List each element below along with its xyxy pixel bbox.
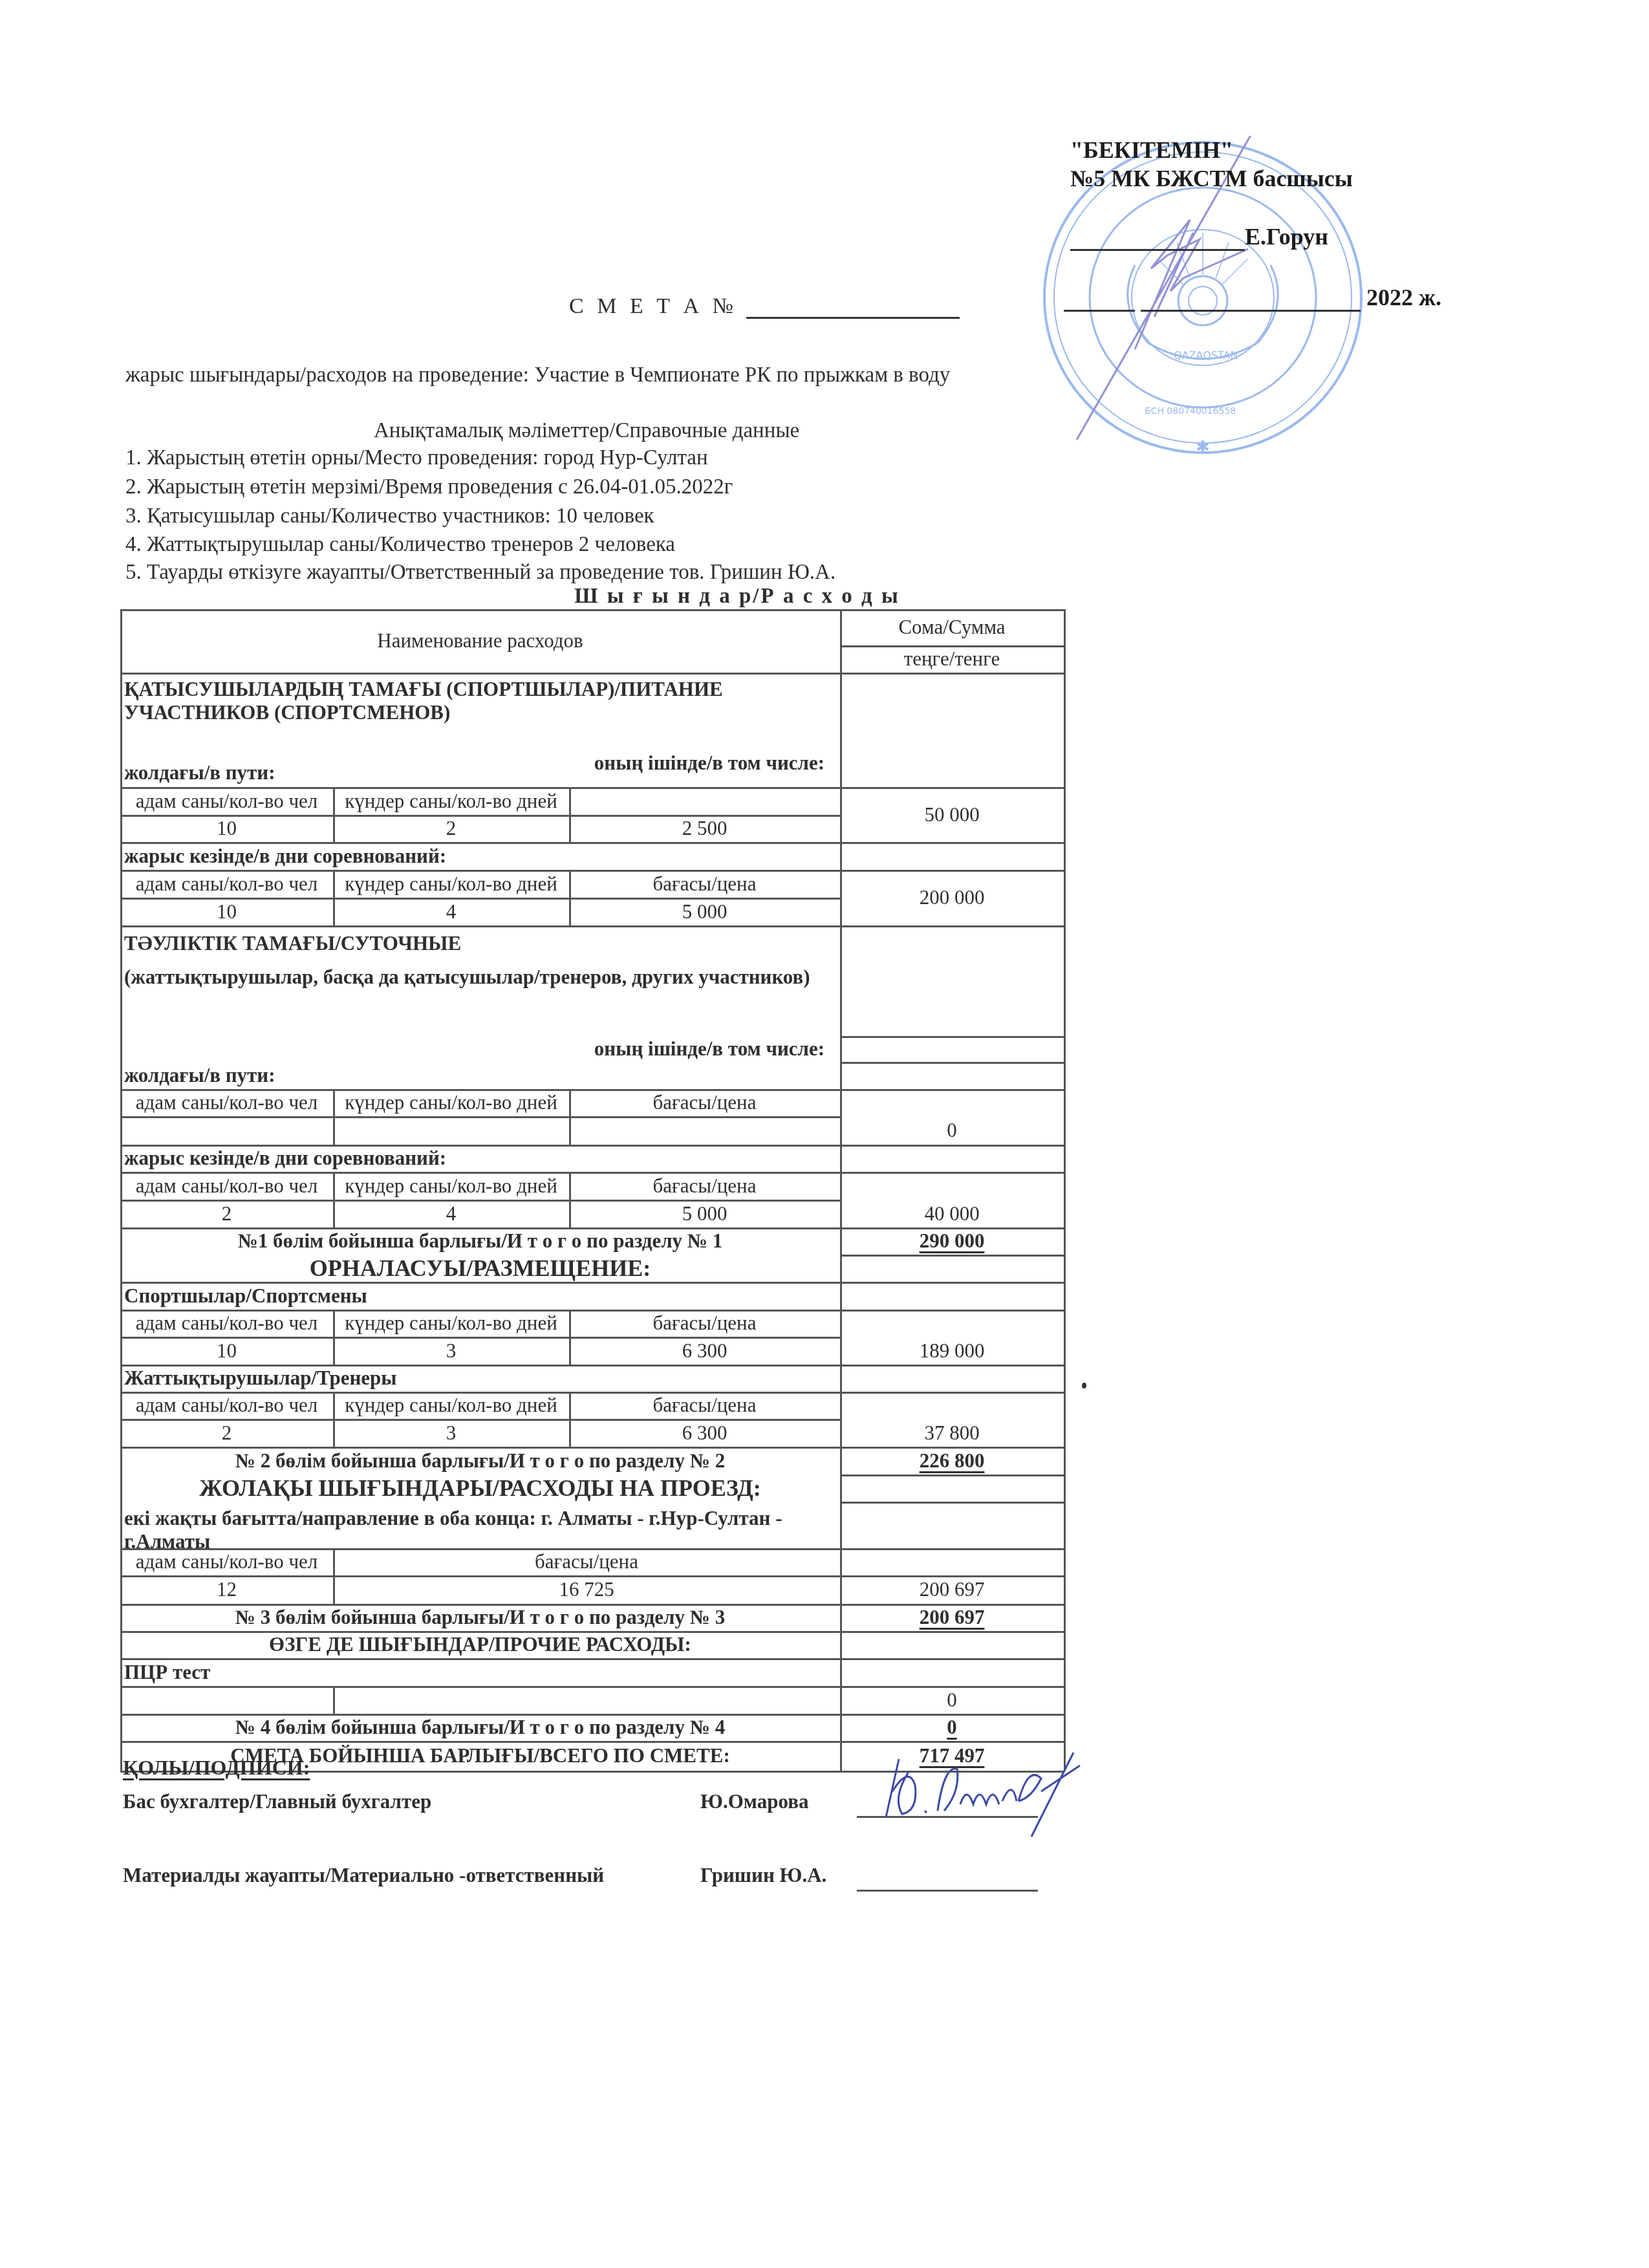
svg-text:✱: ✱ (1196, 438, 1210, 457)
section-total: 226 800 (840, 1447, 1064, 1474)
column-label-price: бағасы/цена (569, 1089, 840, 1116)
approval-block: "БЕКІТЕМІН" №5 МК БЖСТМ басшысы Е.Горун … (1070, 136, 1441, 312)
section-total: 290 000 (840, 1227, 1064, 1255)
expenses-table: Наименование расходовСома/Сумматеңге/тен… (120, 609, 1064, 1771)
table-rule (840, 1062, 1064, 1064)
value-price (569, 1116, 840, 1145)
section-total-label: № 4 бөлім бойынша барлығы/И т о г о по р… (120, 1714, 840, 1741)
signature-role: Материалды жауапты/Материально -ответств… (123, 1864, 604, 1887)
value-price: 6 300 (569, 1419, 840, 1447)
value-price: 2 500 (569, 815, 840, 842)
stamp-center-text: QAZAQSTAN (1174, 349, 1238, 362)
approval-position: №5 МК БЖСТМ басшысы (1070, 164, 1441, 193)
approval-name: Е.Горун (1245, 224, 1328, 250)
value-people: 10 (120, 898, 333, 925)
reference-item: 3. Қатысушылар саны/Количество участнико… (125, 504, 654, 528)
section-title: ЖОЛАҚЫ ШЫҒЫНДАРЫ/РАСХОДЫ НА ПРОЕЗД: (120, 1474, 840, 1502)
reference-item: 1. Жарыстың өтетін орны/Место проведения… (125, 446, 708, 470)
section-total-label: № 2 бөлім бойынша барлығы/И т о г о по р… (120, 1447, 840, 1474)
subsection-label: Жаттықтырушылар/Тренеры (120, 1365, 844, 1392)
value-people: 10 (120, 815, 333, 842)
reference-item: 4. Жаттықтырушылар саны/Количество трене… (125, 533, 675, 557)
value-people: 12 (120, 1575, 333, 1604)
value-price: 5 000 (569, 1200, 840, 1227)
stamp-bin-text: БСН 080740016558 (1145, 406, 1236, 416)
row-sum: 200 697 (840, 1575, 1064, 1604)
row-sum: 0 (840, 1686, 1064, 1714)
table-rule (840, 1036, 1064, 1038)
table-rule (120, 925, 1064, 927)
subsection-label: жолдағы/в пути: (120, 760, 844, 786)
row-sum: 189 000 (840, 1337, 1064, 1365)
row-sum: 200 000 (840, 870, 1064, 925)
value-price: 6 300 (569, 1337, 840, 1365)
column-label-days: күндер саны/кол-во дней (333, 1172, 569, 1200)
row-sum: 40 000 (840, 1200, 1064, 1227)
column-label-people: адам саны/кол-во чел (120, 870, 333, 898)
ink-dot (1082, 1383, 1086, 1388)
column-label-people: адам саны/кол-во чел (120, 1548, 333, 1575)
document-number-line (746, 317, 960, 319)
reference-heading: Анықтамалық мәліметтер/Справочные данные (374, 419, 799, 443)
row-sum: 50 000 (840, 787, 1064, 842)
signature-role: Бас бухгалтер/Главный бухгалтер (123, 1790, 431, 1813)
value-people: 10 (120, 1337, 333, 1365)
value-days: 3 (333, 1419, 569, 1447)
section-total: 0 (840, 1714, 1064, 1741)
column-label-people: адам саны/кол-во чел (120, 787, 333, 815)
column-label-days: күндер саны/кол-во дней (333, 1310, 569, 1337)
column-label-price: бағасы/цена (569, 1172, 840, 1200)
approval-signature-line (1070, 249, 1245, 251)
row-sum: 37 800 (840, 1419, 1064, 1447)
column-label-days: күндер саны/кол-во дней (333, 1392, 569, 1419)
document-title: С М Е Т А № (569, 294, 960, 319)
table-rule (333, 1686, 335, 1714)
column-label-price: бағасы/цена (569, 1310, 840, 1337)
column-label-days: күндер саны/кол-во дней (333, 870, 569, 898)
column-header-name: Наименование расходов (120, 609, 840, 673)
section-total-label: №1 бөлім бойынша барлығы/И т о г о по ра… (120, 1227, 840, 1255)
row-sum: 0 (840, 1116, 1064, 1145)
signatures-block: ҚОЛЫ/ПОДПИСИ: Бас бухгалтер/Главный бухг… (123, 1756, 1093, 1924)
column-label-days: күндер саны/кол-во дней (333, 1089, 569, 1116)
value-days: 4 (333, 1200, 569, 1227)
value-people: 2 (120, 1419, 333, 1447)
reference-item: 5. Тауарды өткізуге жауапты/Ответственны… (125, 561, 835, 585)
section-total-label: № 3 бөлім бойынша барлығы/И т о г о по р… (120, 1604, 840, 1631)
value-days: 2 (333, 815, 569, 842)
value-days: 3 (333, 1337, 569, 1365)
column-header-sum: Сома/Сумма (840, 609, 1064, 645)
expenses-heading-text: Ш ы ғ ы н д а р/Р а с х о д ы (574, 585, 900, 608)
column-label-people: адам саны/кол-во чел (120, 1392, 333, 1419)
column-header-currency: теңге/тенге (840, 645, 1064, 673)
route-label: екі жақты бағытта/направление в оба конц… (120, 1502, 818, 1553)
section-total: 200 697 (840, 1604, 1064, 1631)
column-label-people: адам саны/кол-во чел (120, 1089, 333, 1116)
value-price: 5 000 (569, 898, 840, 925)
column-label-price: бағасы/цена (569, 1392, 840, 1419)
section-title: ҚАТЫСУШЫЛАРДЫҢ ТАМАҒЫ (СПОРТШЫЛАР)/ПИТАН… (120, 673, 837, 749)
handwritten-signature-icon (847, 1740, 1086, 1843)
document-title-text: С М Е Т А № (569, 294, 737, 318)
value-price: 16 725 (333, 1575, 840, 1604)
section-title: ОРНАЛАСУЫ/РАЗМЕЩЕНИЕ: (120, 1255, 840, 1282)
document-purpose: жарыс шығындары/расходов на проведение: … (125, 363, 950, 387)
approval-month-line (1141, 310, 1361, 312)
column-label-price: бағасы/цена (333, 1548, 840, 1575)
signatures-heading: ҚОЛЫ/ПОДПИСИ: (123, 1756, 310, 1780)
subsection-label: жарыс кезінде/в дни соревнований: (120, 842, 844, 870)
table-rule (1064, 609, 1066, 1771)
column-label-price: бағасы/цена (569, 870, 840, 898)
item-label: ПЦР тест (120, 1658, 844, 1686)
section-title: ӨЗГЕ ДЕ ШЫҒЫНДАР/ПРОЧИЕ РАСХОДЫ: (120, 1631, 840, 1658)
column-label-people: адам саны/кол-во чел (120, 1172, 333, 1200)
table-rule (840, 1502, 1064, 1504)
table-rule (840, 1474, 1064, 1476)
section-title: ТӘУЛІКТІК ТАМАҒЫ/СУТОЧНЫЕ (120, 929, 844, 958)
subsection-label: жарыс кезінде/в дни соревнований: (120, 1145, 844, 1172)
subsection-label: жолдағы/в пути: (120, 1062, 844, 1089)
column-label-days: күндер саны/кол-во дней (333, 787, 569, 815)
signature-line (857, 1890, 1038, 1892)
approval-year: 2022 ж. (1366, 285, 1441, 310)
value-people: 2 (120, 1200, 333, 1227)
table-rule (840, 1255, 1064, 1257)
subsection-label: Спортшылар/Спортсмены (120, 1282, 844, 1310)
section-subtitle: (жаттықтырушылар, басқа да қатысушылар/т… (120, 960, 818, 1024)
reference-item: 2. Жарыстың өтетін мерзімі/Время проведе… (125, 475, 733, 499)
expenses-heading: Ш ы ғ ы н д а р/Р а с х о д ы (0, 585, 1649, 609)
including-label: оның ішінде/в том числе: (120, 1036, 831, 1062)
value-people (120, 1116, 333, 1145)
signature-name: Гришин Ю.А. (700, 1864, 826, 1887)
approval-title: "БЕКІТЕМІН" (1070, 136, 1441, 164)
column-label-people: адам саны/кол-во чел (120, 1310, 333, 1337)
value-days (333, 1116, 569, 1145)
approval-day-line (1064, 310, 1135, 312)
value-days: 4 (333, 898, 569, 925)
signature-name: Ю.Омарова (700, 1790, 808, 1813)
